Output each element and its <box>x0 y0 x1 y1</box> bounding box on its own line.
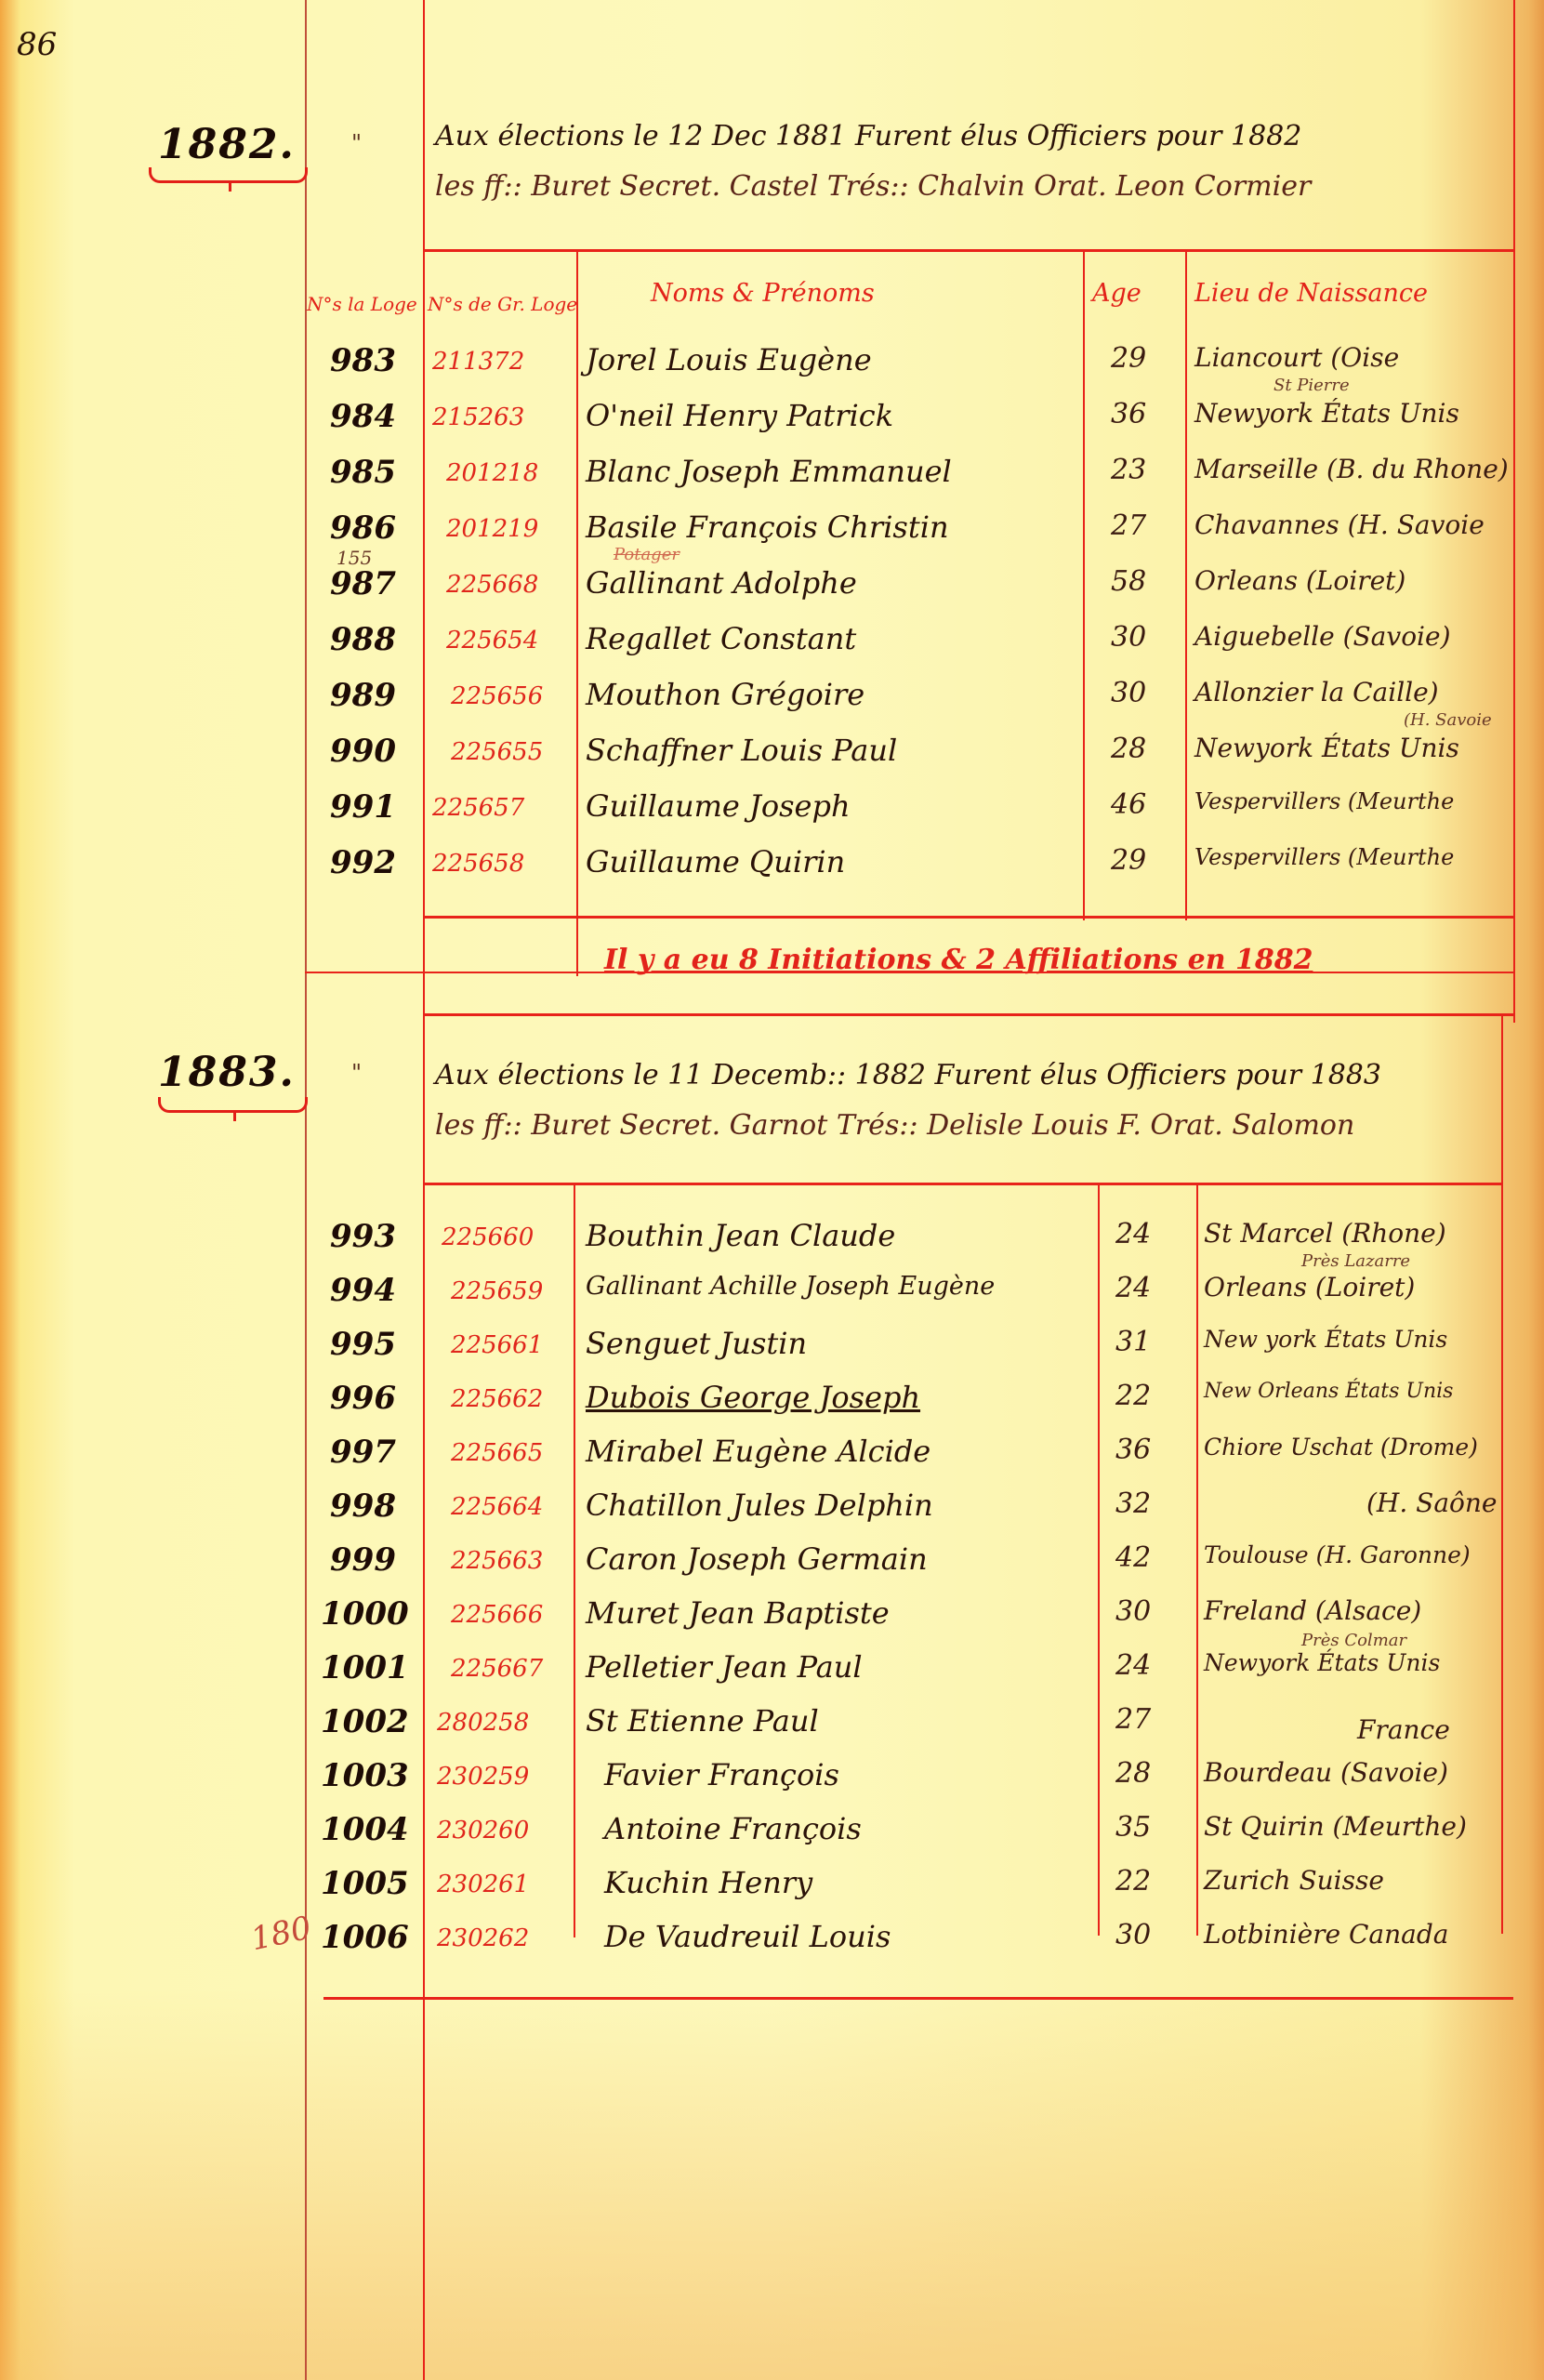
lodge-number: 1005 <box>321 1865 409 1902</box>
lodge-number: 1002 <box>321 1703 409 1740</box>
member-name: Mouthon Grégoire <box>586 677 864 712</box>
member-name: Senguet Justin <box>586 1326 807 1361</box>
member-age: 36 <box>1115 1434 1151 1466</box>
member-name: Chatillon Jules Delphin <box>586 1487 933 1523</box>
table-row: 1003 230259 Favier François 28 Bourdeau … <box>0 1757 1544 1813</box>
member-age: 42 <box>1115 1541 1151 1574</box>
table-row: 984 215263 O'neil Henry Patrick 36 Newyo… <box>0 398 1544 454</box>
paper-stain <box>0 1990 1544 2380</box>
table-row: 990 225655 Schaffner Louis Paul 28 Newyo… <box>0 733 1544 788</box>
lodge-number: 1001 <box>321 1649 409 1686</box>
birthplace: St Quirin (Meurthe) <box>1204 1811 1467 1842</box>
grand-lodge-number: 215263 <box>432 403 524 431</box>
header-names: Noms & Prénoms <box>651 279 875 308</box>
member-age: 29 <box>1111 844 1146 877</box>
birthplace: Orleans (Loiret) <box>1204 1272 1415 1302</box>
member-name: Dubois George Joseph <box>586 1380 920 1415</box>
table-row: 989 225656 Mouthon Grégoire 30 Allonzier… <box>0 677 1544 733</box>
birthplace: Newyork États Unis <box>1194 398 1459 429</box>
member-name: Basile François Christin <box>586 509 949 545</box>
birthplace: Liancourt (Oise <box>1194 342 1399 373</box>
table-bottom-rule <box>323 1997 1513 2000</box>
header-grand-lodge-no: N°s de Gr. Loge <box>428 293 577 315</box>
grand-lodge-number: 280258 <box>437 1709 529 1737</box>
member-name: Favier François <box>604 1757 839 1792</box>
member-name: Gallinant Achille Joseph Eugène <box>586 1272 995 1301</box>
table-top-rule <box>423 1183 1503 1185</box>
election-line-2: les ff:: Buret Secret. Garnot Trés:: Del… <box>435 1101 1381 1151</box>
birthplace: (H. Saône <box>1366 1487 1497 1518</box>
member-name: Mirabel Eugène Alcide <box>586 1434 930 1469</box>
table-row: 993 225660 Bouthin Jean Claude 24 St Mar… <box>0 1218 1544 1274</box>
grand-lodge-number: 201219 <box>446 515 538 543</box>
birthplace: Orleans (Loiret) <box>1194 565 1405 596</box>
grand-lodge-number: 225657 <box>432 794 524 822</box>
table-row: 995 225661 Senguet Justin 31 New york Ét… <box>0 1326 1544 1382</box>
election-line-1: Aux élections le 12 Dec 1881 Furent élus… <box>435 112 1311 162</box>
lodge-number: 996 <box>330 1380 396 1417</box>
birthplace: Aiguebelle (Savoie) <box>1194 621 1451 652</box>
member-name: Bouthin Jean Claude <box>586 1218 895 1253</box>
lodge-number: 997 <box>330 1434 396 1471</box>
member-name: Gallinant Adolphe <box>586 565 857 601</box>
grand-lodge-number: 225667 <box>451 1655 543 1683</box>
table-row: 1005 230261 Kuchin Henry 22 Zurich Suiss… <box>0 1865 1544 1921</box>
birthplace: Allonzier la Caille) <box>1194 677 1439 707</box>
table-row: 180 1006 230262 De Vaudreuil Louis 30 Lo… <box>0 1919 1544 1975</box>
member-age: 36 <box>1111 398 1146 430</box>
member-age: 32 <box>1115 1487 1151 1520</box>
table-row: 1001 225667 Pelletier Jean Paul 24 Newyo… <box>0 1649 1544 1705</box>
grand-lodge-number: 225655 <box>451 738 543 766</box>
lodge-number: 988 <box>330 621 396 658</box>
summary-bottom-rule <box>305 972 1513 973</box>
member-age: 24 <box>1115 1272 1151 1304</box>
year-label: 1883. <box>158 1049 296 1096</box>
member-age: 27 <box>1115 1703 1151 1736</box>
lodge-number: 1003 <box>321 1757 409 1794</box>
member-age: 27 <box>1111 509 1146 542</box>
grand-lodge-number: 225654 <box>446 627 538 654</box>
lodge-number: 983 <box>330 342 396 379</box>
member-name: Jorel Louis Eugène <box>586 342 872 377</box>
grand-lodge-number: 225666 <box>451 1601 543 1629</box>
member-name: O'neil Henry Patrick <box>586 398 893 433</box>
grand-lodge-number: 225660 <box>442 1223 534 1251</box>
member-age: 22 <box>1115 1380 1151 1412</box>
birthplace: Newyork États Unis <box>1204 1649 1440 1676</box>
member-name: Blanc Joseph Emmanuel <box>586 454 952 489</box>
header-birthplace: Lieu de Naissance <box>1194 279 1428 308</box>
member-age: 28 <box>1115 1757 1151 1790</box>
lodge-number: 991 <box>330 788 396 826</box>
grand-lodge-number: 230262 <box>437 1924 529 1952</box>
member-name: Antoine François <box>604 1811 862 1846</box>
ditto-mark: " <box>351 1060 362 1086</box>
lodge-number: 995 <box>330 1326 396 1363</box>
member-age: 30 <box>1115 1919 1151 1951</box>
member-name: Guillaume Quirin <box>586 844 845 879</box>
member-name: Caron Joseph Germain <box>586 1541 928 1577</box>
birthplace: Chavannes (H. Savoie <box>1194 509 1485 540</box>
grand-lodge-number: 201218 <box>446 459 538 487</box>
member-age: 29 <box>1111 342 1146 375</box>
birthplace-note: St Pierre <box>1273 376 1350 395</box>
member-name: St Etienne Paul <box>586 1703 819 1739</box>
birthplace: Bourdeau (Savoie) <box>1204 1757 1448 1788</box>
member-age: 22 <box>1115 1865 1151 1897</box>
grand-lodge-number: 230261 <box>437 1871 529 1898</box>
grand-lodge-number: 225665 <box>451 1439 543 1467</box>
member-name: Schaffner Louis Paul <box>586 733 897 768</box>
member-age: 35 <box>1115 1811 1151 1844</box>
ditto-mark: " <box>351 130 362 156</box>
lodge-number: 994 <box>330 1272 396 1309</box>
member-age: 30 <box>1111 621 1146 654</box>
election-text: Aux élections le 12 Dec 1881 Furent élus… <box>435 112 1311 212</box>
lodge-number: 984 <box>330 398 396 435</box>
page-number: 86 <box>17 26 57 63</box>
member-name: Kuchin Henry <box>604 1865 812 1900</box>
birthplace-note: Près Lazarre <box>1301 1251 1410 1271</box>
grand-lodge-number: 230260 <box>437 1817 529 1844</box>
lodge-number: 1004 <box>321 1811 409 1848</box>
lodge-number: 1000 <box>321 1595 409 1633</box>
birthplace-note: (H. Savoie <box>1404 710 1492 730</box>
election-line-1: Aux élections le 11 Decemb:: 1882 Furent… <box>435 1051 1381 1101</box>
grand-lodge-number: 225661 <box>451 1331 543 1359</box>
election-box-border <box>423 0 425 251</box>
lodge-number: 993 <box>330 1218 396 1255</box>
table-row: 986 201219 Basile François Christin 27 C… <box>0 509 1544 565</box>
grand-lodge-number: 225664 <box>451 1493 543 1521</box>
table-row: 155 Potager 987 225668 Gallinant Adolphe… <box>0 565 1544 621</box>
birthplace: New Orleans États Unis <box>1204 1380 1453 1403</box>
section-end-rule <box>423 1013 1515 1016</box>
grand-lodge-number: 230259 <box>437 1763 529 1791</box>
member-age: 24 <box>1115 1649 1151 1682</box>
lodge-number: 986 <box>330 509 396 547</box>
member-age: 24 <box>1115 1218 1151 1250</box>
lodge-number: 985 <box>330 454 396 491</box>
member-name: Guillaume Joseph <box>586 788 851 824</box>
year-label: 1882. <box>158 121 296 168</box>
birthplace: Chiore Uschat (Drome) <box>1204 1434 1478 1461</box>
table-row: 996 225662 Dubois George Joseph 22 New O… <box>0 1380 1544 1435</box>
table-row: 1002 280258 St Etienne Paul 27 France <box>0 1703 1544 1759</box>
birthplace: France <box>1357 1714 1450 1745</box>
member-name: De Vaudreuil Louis <box>604 1919 891 1954</box>
year-brace <box>149 167 308 183</box>
grand-lodge-number: 225659 <box>451 1277 543 1305</box>
member-age: 31 <box>1115 1326 1151 1358</box>
lodge-number: 992 <box>330 844 396 881</box>
member-name: Muret Jean Baptiste <box>586 1595 890 1631</box>
table-row: 998 225664 Chatillon Jules Delphin 32 (H… <box>0 1487 1544 1543</box>
grand-lodge-number: 225663 <box>451 1547 543 1575</box>
birthplace: St Marcel (Rhone) <box>1204 1218 1446 1249</box>
member-age: 28 <box>1111 733 1146 765</box>
table-row: 991 225657 Guillaume Joseph 46 Vespervil… <box>0 788 1544 844</box>
grand-lodge-number: 225668 <box>446 571 538 599</box>
lodge-number: 990 <box>330 733 396 770</box>
table-row: 1000 225666 Muret Jean Baptiste 30 Frela… <box>0 1595 1544 1651</box>
grand-lodge-number: 225656 <box>451 682 543 710</box>
year-brace <box>158 1097 308 1113</box>
birthplace: Zurich Suisse <box>1204 1865 1384 1896</box>
name-struck-note: Potager <box>614 545 680 564</box>
birthplace: Freland (Alsace) <box>1204 1595 1421 1626</box>
member-age: 58 <box>1111 565 1146 598</box>
member-name: Pelletier Jean Paul <box>586 1649 863 1685</box>
grand-lodge-number: 225662 <box>451 1385 543 1413</box>
table-row: 983 211372 Jorel Louis Eugène 29 Liancou… <box>0 342 1544 398</box>
birthplace: New york États Unis <box>1204 1326 1447 1353</box>
election-text: Aux élections le 11 Decemb:: 1882 Furent… <box>435 1051 1381 1151</box>
member-name: Regallet Constant <box>586 621 856 656</box>
table-row: 999 225663 Caron Joseph Germain 42 Toulo… <box>0 1541 1544 1597</box>
birthplace: Lotbinière Canada <box>1204 1919 1448 1950</box>
birthplace: Toulouse (H. Garonne) <box>1204 1541 1471 1568</box>
lodge-number: 1006 <box>321 1919 409 1956</box>
table-row: 988 225654 Regallet Constant 30 Aiguebel… <box>0 621 1544 677</box>
member-age: 23 <box>1111 454 1146 486</box>
table-top-rule <box>423 249 1515 252</box>
birthplace: Marseille (B. du Rhone) <box>1194 454 1509 484</box>
lodge-number: 989 <box>330 677 396 714</box>
table-row: 992 225658 Guillaume Quirin 29 Vespervil… <box>0 844 1544 900</box>
member-age: 30 <box>1115 1595 1151 1628</box>
lodge-number: 987 <box>330 565 396 602</box>
table-row: 1004 230260 Antoine François 35 St Quiri… <box>0 1811 1544 1867</box>
lodge-number: 999 <box>330 1541 396 1579</box>
grand-lodge-number: 211372 <box>432 348 524 376</box>
table-row: 985 201218 Blanc Joseph Emmanuel 23 Mars… <box>0 454 1544 509</box>
member-age: 46 <box>1111 788 1146 821</box>
lodge-number: 998 <box>330 1487 396 1525</box>
header-age: Age <box>1092 279 1142 308</box>
birthplace: Vespervillers (Meurthe <box>1194 788 1454 814</box>
header-lodge-no: N°s la Loge <box>307 293 417 315</box>
member-age: 30 <box>1111 677 1146 709</box>
birthplace: Vespervillers (Meurthe <box>1194 844 1454 870</box>
birthplace-note: Près Colmar <box>1301 1631 1406 1650</box>
table-row: 994 225659 Gallinant Achille Joseph Eugè… <box>0 1272 1544 1328</box>
birthplace: Newyork États Unis <box>1194 733 1459 763</box>
election-line-2: les ff:: Buret Secret. Castel Trés:: Cha… <box>435 162 1311 212</box>
grand-lodge-number: 225658 <box>432 850 524 878</box>
summary-top-rule <box>423 916 1515 919</box>
table-row: 997 225665 Mirabel Eugène Alcide 36 Chio… <box>0 1434 1544 1489</box>
